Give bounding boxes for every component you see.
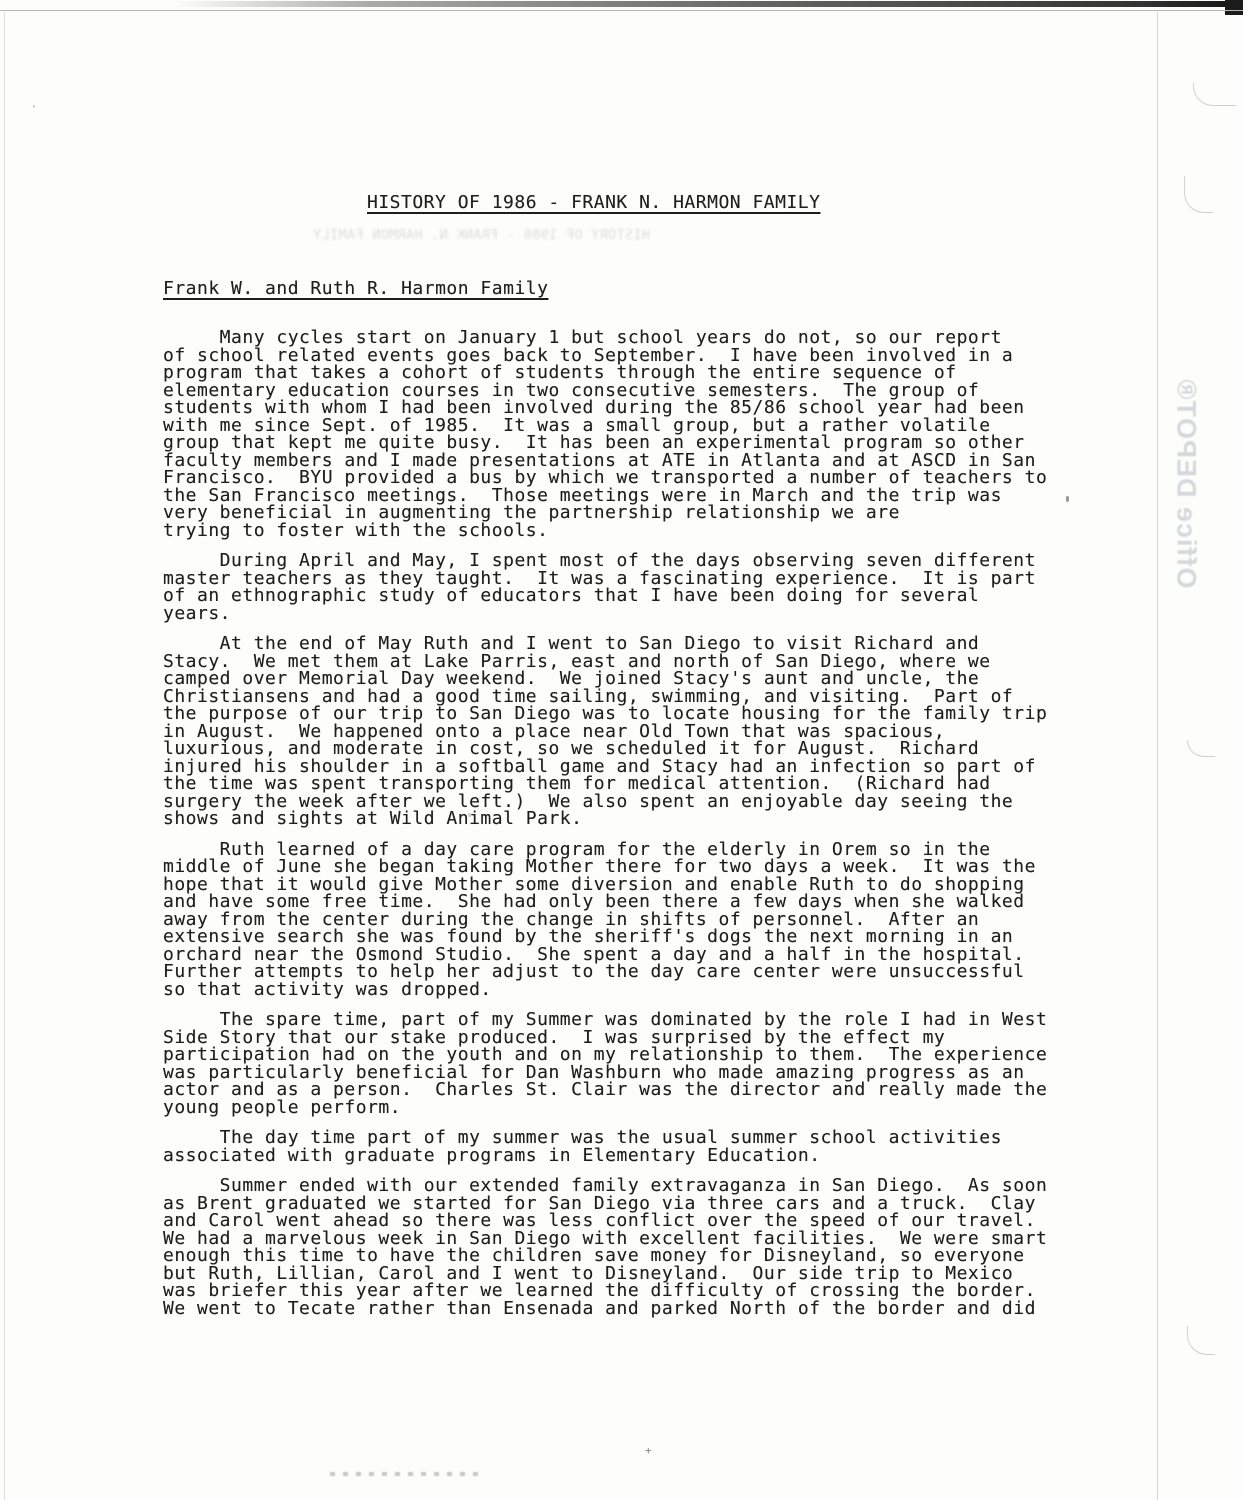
scanned-page: HISTORY OF 1986 - FRANK N. HARMON FAMILY… <box>0 0 1243 1500</box>
scan-top-right-corner-mark <box>1225 0 1243 15</box>
document-subtitle: Frank W. and Ruth R. Harmon Family <box>163 278 548 299</box>
scan-smudge <box>330 1472 480 1476</box>
paragraph: Ruth learned of a day care program for t… <box>163 841 1073 999</box>
document-body: Many cycles start on January 1 but schoo… <box>163 329 1073 1330</box>
bleed-through-ghost-title: HISTORY OF 1986 - FRANK N. HARMON FAMILY <box>310 227 650 243</box>
scan-plus-mark: + <box>645 1444 652 1457</box>
page-curl-mark <box>1193 83 1236 106</box>
page-right-edge <box>1157 12 1158 1500</box>
office-depot-watermark-text: Office DEPOT® <box>1171 378 1202 588</box>
paragraph: The spare time, part of my Summer was do… <box>163 1011 1073 1116</box>
office-depot-watermark: Office DEPOT® <box>1166 378 1206 588</box>
page-curl-mark <box>1187 1326 1215 1355</box>
scan-top-edge-shadow <box>175 1 1243 7</box>
paragraph: Many cycles start on January 1 but schoo… <box>163 329 1073 539</box>
paragraph: Summer ended with our extended family ex… <box>163 1177 1073 1317</box>
paragraph: During April and May, I spent most of th… <box>163 552 1073 622</box>
page-left-edge <box>4 12 5 1500</box>
scan-speck <box>1066 496 1069 502</box>
scan-top-line <box>0 10 1243 11</box>
document-title: HISTORY OF 1986 - FRANK N. HARMON FAMILY <box>367 192 820 213</box>
page-curl-mark <box>1184 176 1213 213</box>
paragraph: At the end of May Ruth and I went to San… <box>163 635 1073 828</box>
paragraph: The day time part of my summer was the u… <box>163 1129 1073 1164</box>
page-curl-mark <box>1187 740 1215 757</box>
scan-speck <box>468 813 471 817</box>
scan-speck <box>33 105 35 108</box>
